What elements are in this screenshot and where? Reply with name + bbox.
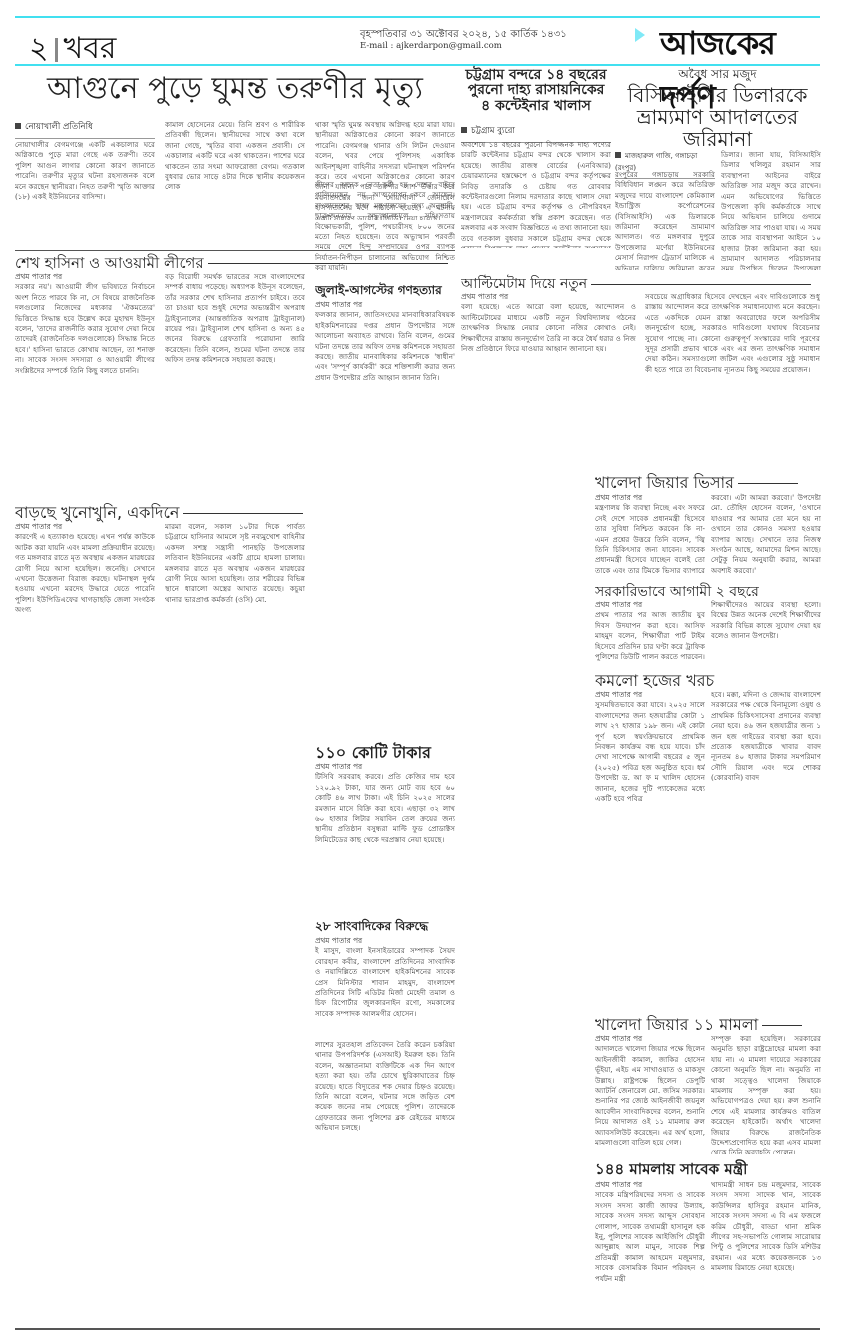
- port-body: অবশেষে ১৪ বছরের পুরনো বিপজ্জনক দাহ্য পণ্…: [461, 140, 611, 248]
- sheikh-col-1: প্রথম পাতার পরসরকার নয়'। আওয়ামী লীগ ভব…: [15, 272, 155, 492]
- sheikh-col-2: বড় বিরোধী সমর্থক ভারতের সঙ্গে বাংলাদেশে…: [165, 272, 305, 492]
- bcic-col-2: ডিলার। জানা যায়, বিসিআইসি ডিলার খলিলুর …: [721, 150, 821, 270]
- newspaper-page: ২খবর বৃহস্পতিবার ৩১ অক্টোবর ২০২৪, ১৫ কার…: [15, 0, 820, 1343]
- journalists-body: প্রথম পাতার পরই মাসুদ, বাংলা ইনসাইডারের …: [315, 936, 455, 1036]
- journalists-heading: ২৮ সাংবাদিকের বিরুদ্ধে: [315, 918, 455, 938]
- july-body: প্রথম পাতার পরফলকার জানান, জাতিসংঘের মান…: [315, 300, 455, 490]
- fire-col-1: নোয়াখালীর বেগমগঞ্জে একটি একচালার ঘরে অগ…: [15, 140, 155, 248]
- ex-minister-col-1: প্রথম পাতার পরসাবেক মন্ত্রিপরিষদের সদস্য…: [595, 1180, 705, 1325]
- section-name: খবর: [64, 31, 117, 66]
- bottom-rule: [15, 1328, 820, 1330]
- july-heading: জুলাই-আগস্টের গণহত্যার: [315, 282, 455, 302]
- divider-bar: [55, 38, 58, 62]
- khaleda-cases-col-1: প্রথম পাতার পরআদালতে খালেদা জিয়ার পক্ষে…: [595, 1034, 705, 1154]
- khaleda-cases-col-2: সম্পৃক্ত করা হয়েছিল। সরকারের অনুমতি ছাড…: [711, 1034, 821, 1154]
- page-number: ২: [29, 31, 49, 66]
- sheikh-col-3: লীগের অনেক নেতা-কর্মী হয় দেশের বাইরে পা…: [315, 180, 455, 280]
- khaleda-visa-col-1: প্রথম পাতার পরমন্ত্রণালয় কি ব্যবস্থা নি…: [595, 493, 705, 573]
- ex-minister-col-2: খাদ্যমন্ত্রী সাধন চন্দ্র মজুমদার, সাবেক …: [711, 1180, 821, 1325]
- fire-byline: নোয়াখালী প্রতিনিধি: [15, 120, 155, 139]
- traffic-col-1: প্রথম পাতার পরপ্রথম পাতার পর আজ জাতীয় য…: [595, 600, 705, 662]
- play-triangle-icon: [635, 28, 645, 42]
- ultimatum-col-1: প্রথম পাতার পরবলা হয়েছে। এতে আরো বলা হয…: [461, 292, 636, 452]
- email-link[interactable]: E-mail : ajkerdarpon@gmail.com: [360, 41, 502, 51]
- hajj-col-2: হবে। মক্কা, মদিনা ও জেদ্দায় বাংলাদেশ সর…: [711, 690, 821, 1010]
- bcic-col-1: রংপুরের গঙ্গাচড়ায় সরকারি বিধিবিধান লঙ্…: [615, 170, 715, 270]
- khaleda-visa-col-2: করবো। এটা আমরা করবো।' উপদেষ্টা মো. তৌহিদ…: [711, 493, 821, 573]
- page-section-label: ২খবর: [29, 24, 116, 75]
- port-headline: চট্টগ্রাম বন্দরে ১৪ বছরের পুরনো দাহ্য রা…: [461, 68, 611, 114]
- ultimatum-col-2: সবচেয়ে অগ্রাধিকার হিসেবে দেখছেন এবং দাব…: [645, 292, 820, 452]
- bcic-kicker: অবৈধ সার মজুদ: [615, 68, 820, 81]
- header-rule: [15, 64, 820, 66]
- bcic-headline: বিসিআইসির ডিলারকে ভ্রাম্যমাণ আদালতের জরি…: [615, 84, 820, 150]
- killings-col-1: প্রথম পাতার পরকারণেই এ হত্যাকাণ্ড হয়েছে…: [15, 522, 155, 1327]
- traffic-col-2: শিক্ষার্থীদেরও আয়ের ব্যবস্থা হলো। বিশ্ব…: [711, 600, 821, 662]
- fire-headline: আগুনে পুড়ে ঘুমন্ত তরুণীর মৃত্যু: [15, 72, 455, 105]
- killings-col-2: মারমা বলেন, সকাল ১০টার দিকে পার্বত্য চট্…: [165, 522, 305, 1327]
- killings-col-3: লাশের সুরতহাল প্রতিবেদন তৈরি করেন চকরিয়…: [315, 1040, 455, 1327]
- fire-col-2: কামাল হোসেনের মেয়ে। তিনি শ্রবণ ও শারীরি…: [165, 120, 305, 248]
- hajj-col-1: প্রথম পাতার পরসুসমন্বিতভাবে করা যাবে। ২০…: [595, 690, 705, 1010]
- crore-body: প্রথম পাতার পরটিসিবি সরবরাহ করবে। প্রতি …: [315, 762, 455, 912]
